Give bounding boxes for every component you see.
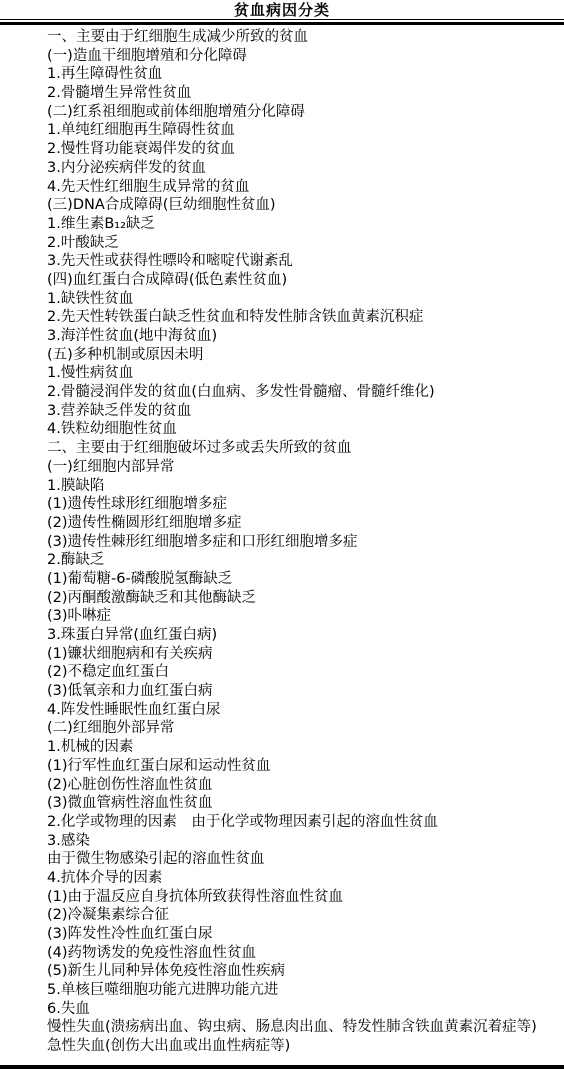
list-item: 3.营养缺乏伴发的贫血 (47, 402, 564, 421)
page-title: 贫血病因分类 (0, 0, 564, 18)
list-item: 1.慢性病贫血 (47, 364, 564, 383)
list-item: 2.骨髓增生异常性贫血 (47, 84, 564, 103)
list-item: 1.单纯红细胞再生障碍性贫血 (47, 121, 564, 140)
title-rule-thin (0, 19, 564, 20)
list-item: (三)DNA合成障碍(巨幼细胞性贫血) (47, 196, 564, 215)
list-item: (5)新生儿同种异体免疫性溶血性疾病 (47, 962, 564, 981)
document-page: 贫血病因分类 一、主要由于红细胞生成减少所致的贫血 (一)造血干细胞增殖和分化障… (0, 0, 564, 1069)
list-item: 2.慢性肾功能衰竭伴发的贫血 (47, 140, 564, 159)
list-item: (一)红细胞内部异常 (47, 458, 564, 477)
list-item: (4)药物诱发的免疫性溶血性贫血 (47, 944, 564, 963)
list-item: 4.先天性红细胞生成异常的贫血 (47, 178, 564, 197)
list-item: 6.失血 (47, 1000, 564, 1019)
list-item: (3)低氧亲和力血红蛋白病 (47, 682, 564, 701)
list-item: (二)红细胞外部异常 (47, 719, 564, 738)
list-item: 慢性失血(溃疡病出血、钩虫病、肠息肉出血、特发性肺含铁血黄素沉着症等) (47, 1018, 564, 1037)
list-item: (一)造血干细胞增殖和分化障碍 (47, 47, 564, 66)
list-item: 2.骨髓浸润伴发的贫血(白血病、多发性骨髓瘤、骨髓纤维化) (47, 383, 564, 402)
list-item: (2)不稳定血红蛋白 (47, 663, 564, 682)
list-item: 二、主要由于红细胞破坏过多或丢失所致的贫血 (47, 439, 564, 458)
list-item: (2)心脏创伤性溶血性贫血 (47, 776, 564, 795)
list-item: 4.阵发性睡眠性血红蛋白尿 (47, 701, 564, 720)
list-item: (五)多种机制或原因未明 (47, 346, 564, 365)
list-item: (2)丙酮酸激酶缺乏和其他酶缺乏 (47, 589, 564, 608)
list-item: (1)由于温反应自身抗体所致获得性溶血性贫血 (47, 888, 564, 907)
list-item: (1)镰状细胞病和有关疾病 (47, 645, 564, 664)
list-item: 由于微生物感染引起的溶血性贫血 (47, 850, 564, 869)
list-item: (四)血红蛋白合成障碍(低色素性贫血) (47, 271, 564, 290)
list-item: 2.先天性转铁蛋白缺乏性贫血和特发性肺含铁血黄素沉积症 (47, 308, 564, 327)
list-item: 2.酶缺乏 (47, 551, 564, 570)
list-item: 2.化学或物理的因素 由于化学或物理因素引起的溶血性贫血 (47, 813, 564, 832)
list-item: 5.单核巨噬细胞功能亢进脾功能亢进 (47, 981, 564, 1000)
classification-list: 一、主要由于红细胞生成减少所致的贫血 (一)造血干细胞增殖和分化障碍 1.再生障… (0, 25, 564, 1065)
list-item: 一、主要由于红细胞生成减少所致的贫血 (47, 28, 564, 47)
list-item: 1.再生障碍性贫血 (47, 65, 564, 84)
list-item: 4.铁粒幼细胞性贫血 (47, 420, 564, 439)
list-item: 3.内分泌疾病伴发的贫血 (47, 159, 564, 178)
list-item: (3)阵发性冷性血红蛋白尿 (47, 925, 564, 944)
list-item: (1)遗传性球形红细胞增多症 (47, 495, 564, 514)
bottom-rule (0, 1065, 564, 1069)
list-item: 3.先天性或获得性嘌呤和嘧啶代谢紊乱 (47, 252, 564, 271)
list-item: (3)遗传性棘形红细胞增多症和口形红细胞增多症 (47, 533, 564, 552)
list-item: 1.缺铁性贫血 (47, 290, 564, 309)
list-item: (二)红系祖细胞或前体细胞增殖分化障碍 (47, 103, 564, 122)
list-item: 1.机械的因素 (47, 738, 564, 757)
list-item: 3.感染 (47, 832, 564, 851)
list-item: 3.海洋性贫血(地中海贫血) (47, 327, 564, 346)
list-item: 1.膜缺陷 (47, 477, 564, 496)
list-item: (3)卟啉症 (47, 607, 564, 626)
list-item: (3)微血管病性溶血性贫血 (47, 794, 564, 813)
list-item: (1)葡萄糖-6-磷酸脱氢酶缺乏 (47, 570, 564, 589)
list-item: (2)遗传性椭圆形红细胞增多症 (47, 514, 564, 533)
list-item: 急性失血(创伤大出血或出血性病症等) (47, 1037, 564, 1056)
list-item: 4.抗体介导的因素 (47, 869, 564, 888)
list-item: 1.维生素B₁₂缺乏 (47, 215, 564, 234)
list-item: (1)行军性血红蛋白尿和运动性贫血 (47, 757, 564, 776)
list-item: 3.珠蛋白异常(血红蛋白病) (47, 626, 564, 645)
list-item: (2)冷凝集素综合征 (47, 906, 564, 925)
list-item: 2.叶酸缺乏 (47, 234, 564, 253)
